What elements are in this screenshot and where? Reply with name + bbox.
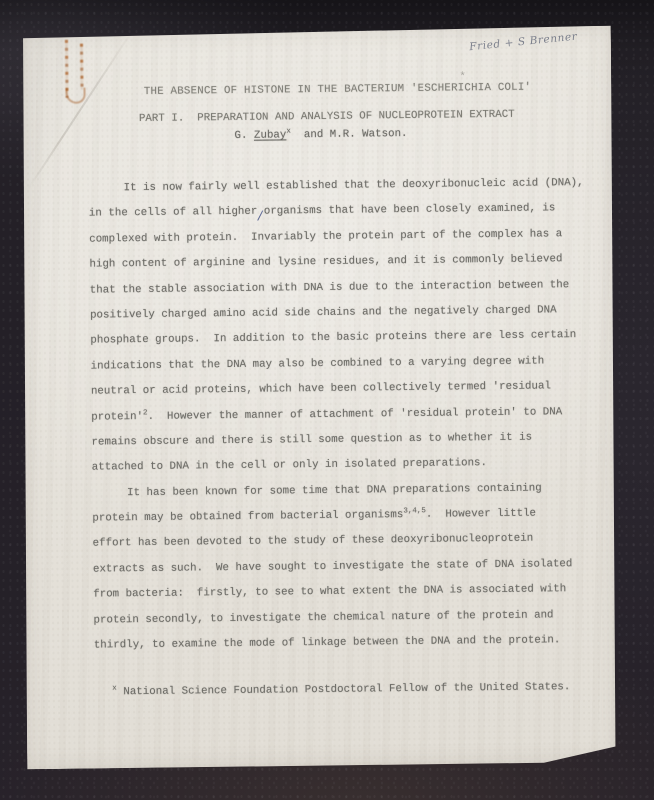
- footnote: x National Science Foundation Postdoctor…: [112, 681, 570, 698]
- body-line-part: protein': [91, 411, 143, 424]
- rust-streak-right: [80, 44, 84, 90]
- photo-background: Fried + S Brenner * THE ABSENCE OF HISTO…: [0, 0, 654, 800]
- author-prefix: G.: [234, 130, 254, 142]
- handwritten-annotation: Fried + S Brenner: [469, 26, 629, 54]
- body-line: thirdly, to examine the mode of linkage …: [94, 628, 589, 659]
- body-line-part: . However the manner of attachment of 'r…: [147, 406, 562, 423]
- superscript-reference: 3,4,5: [403, 507, 426, 515]
- author-rest: and M.R. Watson.: [291, 128, 408, 141]
- body-line-part: protein may be obtained from bacterial o…: [92, 509, 403, 525]
- footnote-text: National Science Foundation Postdoctoral…: [117, 681, 571, 698]
- author-name-underlined: Zubay: [254, 129, 287, 141]
- body-line-part: . However little: [426, 508, 536, 521]
- body-text: It is now fairly well established that t…: [88, 171, 588, 659]
- manuscript-page: Fried + S Brenner * THE ABSENCE OF HISTO…: [19, 26, 619, 770]
- document-title: THE ABSENCE OF HISTONE IN THE BACTERIUM …: [19, 81, 611, 100]
- author-line: G. Zubayx and M.R. Watson.: [20, 126, 612, 145]
- document-subtitle: PART I. PREPARATION AND ANALYSIS OF NUCL…: [20, 108, 612, 127]
